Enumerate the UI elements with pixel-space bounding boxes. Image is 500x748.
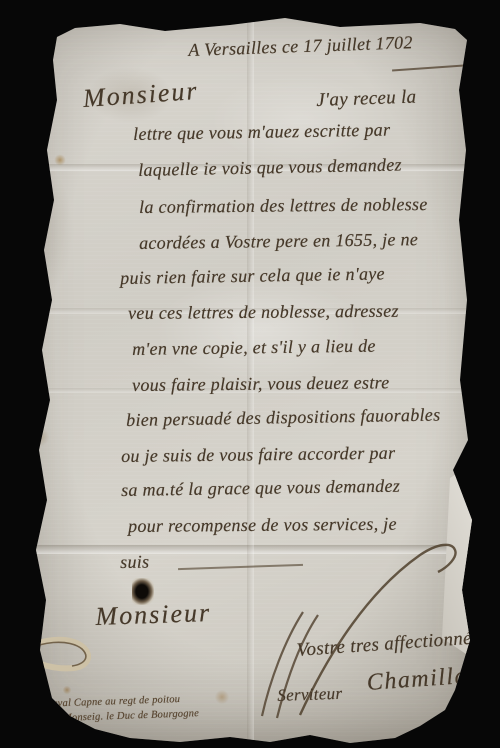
signature: Chamillart xyxy=(366,662,488,697)
archival-annotation: M. de Reneval Capne au regt de poitou xyxy=(8,694,180,711)
letter-line: bien persuadé des dispositions fauorable… xyxy=(126,405,441,431)
letter-line: pour recompense de vos services, je xyxy=(128,514,397,537)
letter-line: lettre que vous m'auez escritte par xyxy=(133,120,390,145)
date-underline xyxy=(392,64,464,71)
letter-line: m'en vne copie, et s'il y a lieu de xyxy=(132,336,376,360)
letter-line: la confirmation des lettres de noblesse xyxy=(139,194,428,218)
photo-background: A Versailles ce 17 juillet 1702 Monsieur… xyxy=(0,0,500,748)
letter-line: vous faire plaisir, vous deuez estre xyxy=(132,372,390,396)
letter-line: ou je suis de vous faire accorder par xyxy=(121,443,395,467)
letter-paper: A Versailles ce 17 juillet 1702 Monsieur… xyxy=(0,0,500,748)
closing-phrase: Vostre tres affectionné xyxy=(296,628,473,662)
closing-salutation: Monsieur xyxy=(95,598,212,632)
opening-phrase: J'ay receu la xyxy=(316,87,417,112)
letter-line: acordées a Vostre pere en 1655, je ne xyxy=(139,229,418,254)
letter-line: laquelle ie vois que vous demandez xyxy=(138,154,402,181)
letter-line: puis rien faire sur cela que ie n'aye xyxy=(120,263,385,289)
letter-line: sa ma.té la grace que vous demandez xyxy=(121,476,400,501)
letter-line: veu ces lettres de noblesse, adressez xyxy=(128,301,399,324)
closing-role: Serviteur xyxy=(277,684,343,706)
filler-dash xyxy=(178,564,303,570)
dateline: A Versailles ce 17 juillet 1702 xyxy=(188,32,413,61)
archival-annotation: au service de Monseig. le Duc de Bourgog… xyxy=(2,708,199,726)
letter-line: suis xyxy=(120,551,150,573)
salutation: Monsieur xyxy=(82,76,199,114)
